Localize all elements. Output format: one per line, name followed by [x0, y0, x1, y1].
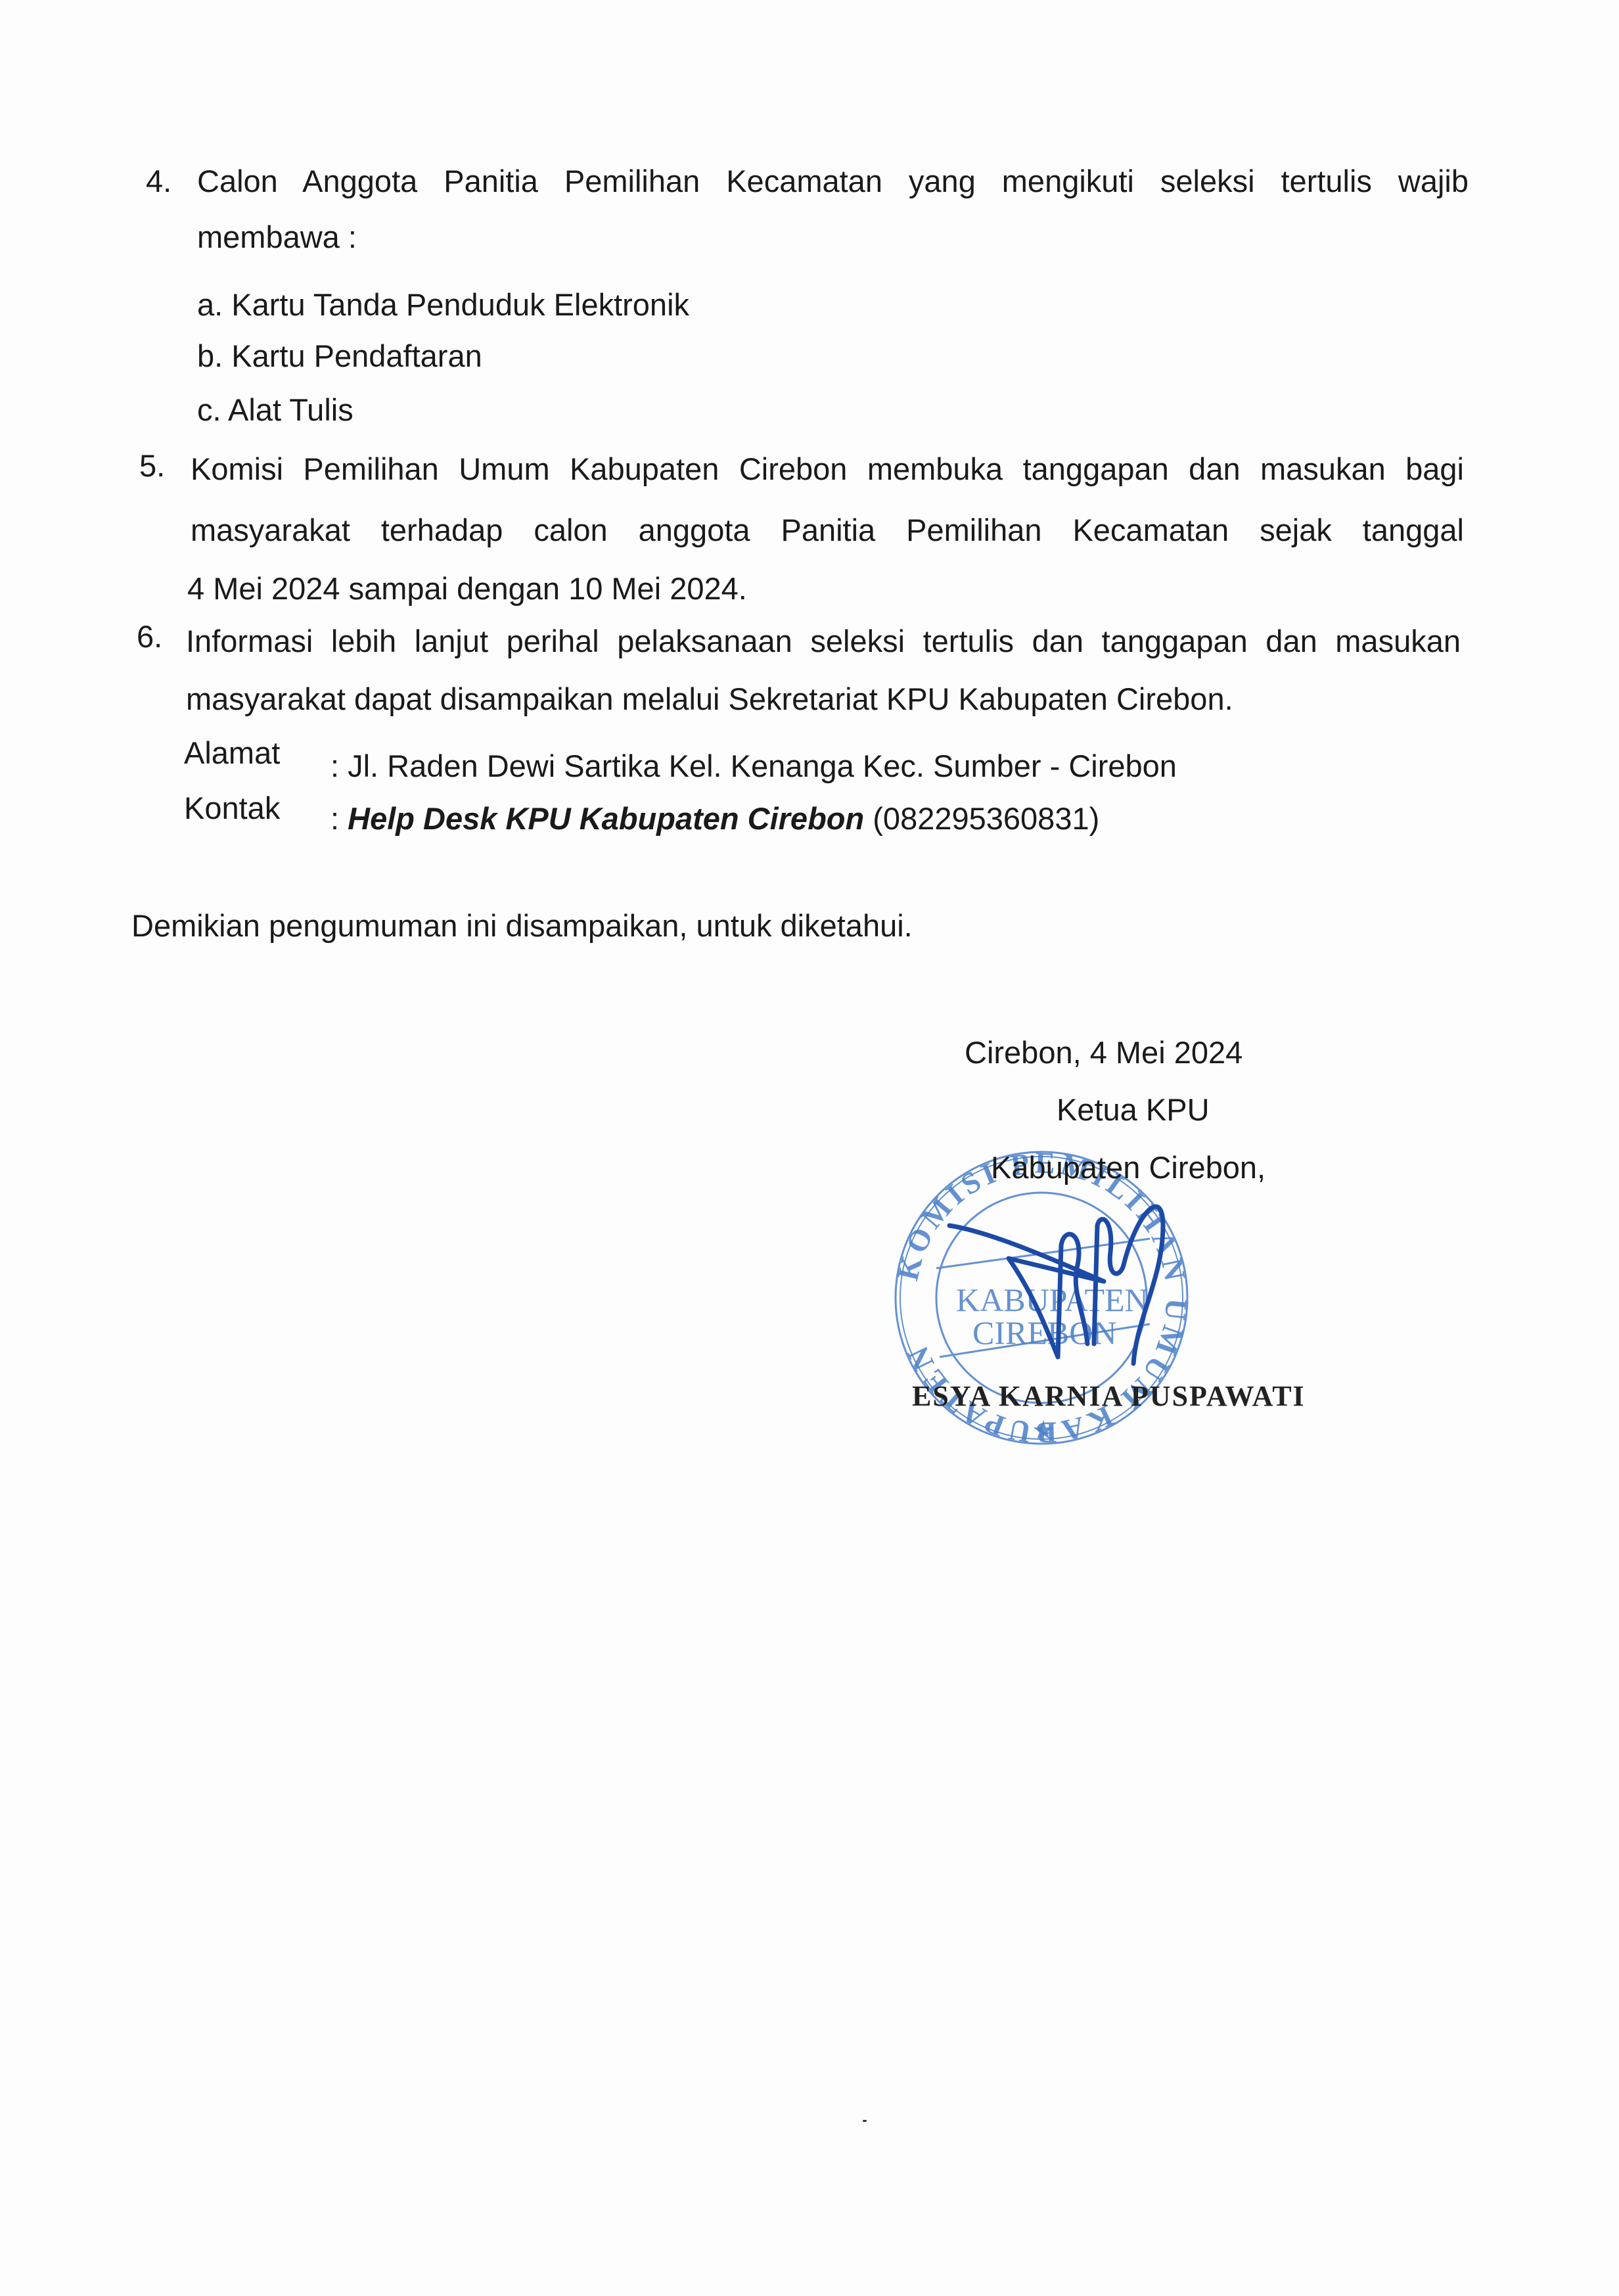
address-value: : Jl. Raden Dewi Sartika Kel. Kenanga Ke… [331, 750, 1177, 781]
scan-speck [863, 2120, 867, 2122]
item-5-text-line3: 4 Mei 2024 sampai dengan 10 Mei 2024. [187, 573, 747, 604]
item-4-subitem-c: c. Alat Tulis [197, 394, 353, 425]
svg-text:★: ★ [1032, 1416, 1055, 1445]
signature-title-line1: Ketua KPU [1057, 1094, 1210, 1125]
document-page: 4. Calon Anggota Panitia Pemilihan Kecam… [0, 0, 1619, 2296]
svg-text:CIREBON: CIREBON [972, 1314, 1116, 1351]
svg-text:KABUPATEN: KABUPATEN [956, 1281, 1149, 1318]
contact-label: Kontak [184, 792, 280, 823]
item-6-text-line2: masyarakat dapat disampaikan melalui Sek… [186, 683, 1233, 714]
item-5-number: 5. [139, 450, 165, 481]
item-4-number: 4. [146, 166, 171, 196]
item-6-text-line1: Informasi lebih lanjut perihal pelaksana… [186, 626, 1461, 656]
item-4-subitem-a: a. Kartu Tanda Penduduk Elektronik [197, 289, 689, 320]
item-4-text-line2: membawa : [197, 221, 357, 252]
item-4-subitem-b: b. Kartu Pendaftaran [197, 340, 482, 371]
item-6-number: 6. [137, 621, 162, 652]
contact-phone: (082295360831) [864, 801, 1099, 836]
item-5-text-line1: Komisi Pemilihan Umum Kabupaten Cirebon … [191, 453, 1464, 484]
address-label: Alamat [184, 737, 280, 768]
signature-title-line2: Kabupaten Cirebon, [991, 1152, 1266, 1183]
signature-place-date: Cirebon, 4 Mei 2024 [965, 1037, 1243, 1068]
contact-value: : Help Desk KPU Kabupaten Cirebon (08229… [331, 803, 1099, 834]
signatory-name: ESYA KARNIA PUSPAWATI [912, 1382, 1306, 1411]
contact-helpdesk-name: Help Desk KPU Kabupaten Cirebon [348, 801, 864, 836]
item-5-text-line2: masyarakat terhadap calon anggota Paniti… [191, 515, 1464, 545]
item-4-text-line1: Calon Anggota Panitia Pemilihan Kecamata… [197, 166, 1469, 196]
contact-prefix: : [331, 801, 348, 836]
closing-statement: Demikian pengumuman ini disampaikan, unt… [131, 910, 913, 941]
